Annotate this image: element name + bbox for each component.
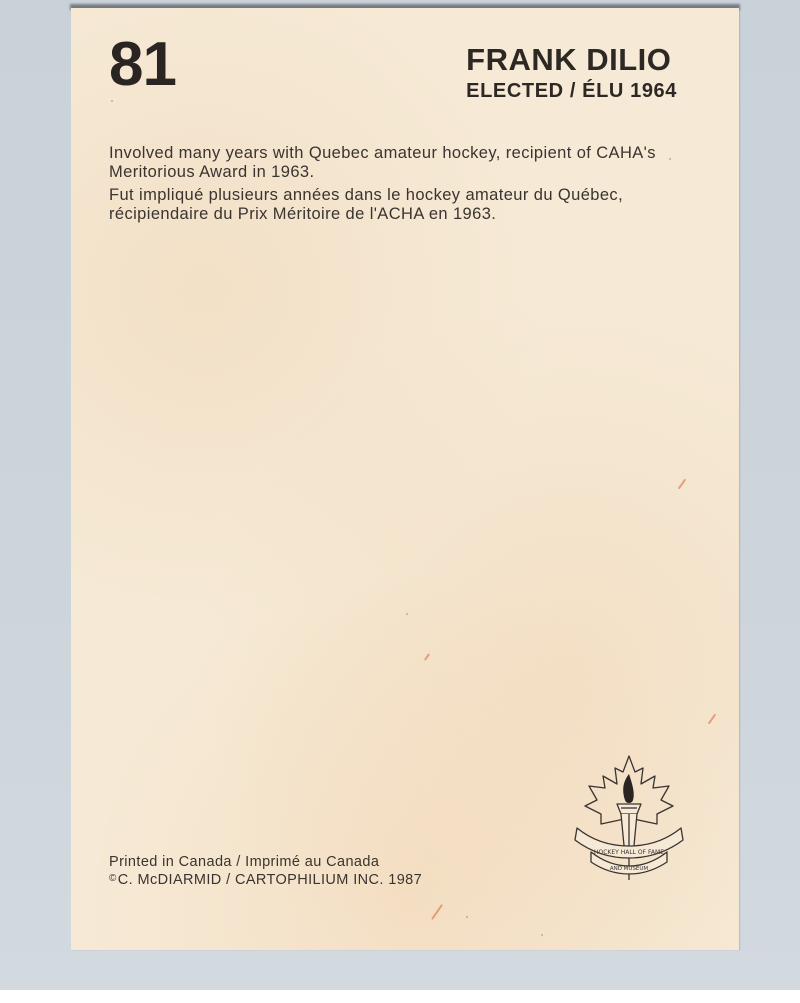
paper-speck <box>669 158 671 160</box>
copyright-line: © C. McDIARMID / CARTOPHILIUM INC. 1987 <box>109 871 422 891</box>
paper-speck <box>111 100 113 102</box>
paper-speck <box>406 613 408 615</box>
paper-fiber <box>424 653 430 661</box>
paper-speck <box>466 916 468 918</box>
paper-speck <box>541 934 543 936</box>
elected-year: ELECTED / ÉLU 1964 <box>466 80 677 102</box>
paper-fiber <box>708 714 717 725</box>
footer-credits: Printed in Canada / Imprimé au Canada © … <box>109 853 422 891</box>
trading-card-back: 81 FRANK DILIO ELECTED / ÉLU 1964 Involv… <box>71 8 739 950</box>
bio-english: Involved many years with Quebec amateur … <box>109 144 669 182</box>
printed-in: Printed in Canada / Imprimé au Canada <box>109 853 422 871</box>
bio-french: Fut impliqué plusieurs années dans le ho… <box>109 186 669 224</box>
card-number: 81 <box>109 34 176 96</box>
copyright-icon: © <box>109 870 117 888</box>
copyright-text: C. McDIARMID / CARTOPHILIUM INC. 1987 <box>118 871 422 889</box>
paper-fiber <box>431 904 443 920</box>
biography: Involved many years with Quebec amateur … <box>109 144 669 224</box>
svg-text:AND MUSEUM: AND MUSEUM <box>610 866 649 872</box>
header-block: FRANK DILIO ELECTED / ÉLU 1964 <box>466 43 677 102</box>
hockey-hall-of-fame-emblem-icon: HOCKEY HALL OF FAME AND MUSEUM <box>569 748 689 893</box>
paper-fiber <box>678 479 687 490</box>
player-name: FRANK DILIO <box>466 43 677 77</box>
svg-text:HOCKEY HALL OF FAME: HOCKEY HALL OF FAME <box>594 849 664 856</box>
